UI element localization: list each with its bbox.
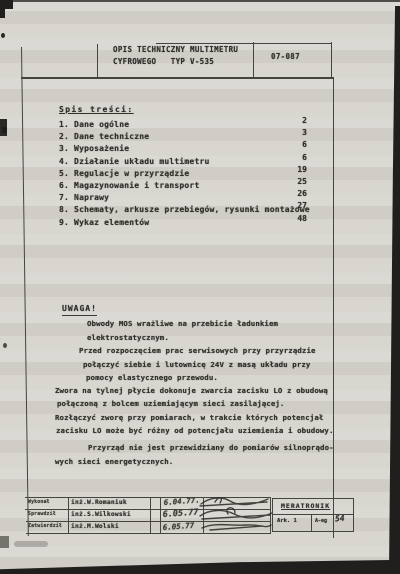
scan-artifact — [14, 541, 48, 547]
signature-scribbles — [198, 495, 274, 537]
header-divider-right — [253, 42, 254, 78]
approval-name: inż.S.Wilkowski — [71, 512, 131, 518]
scan-artifact — [0, 536, 9, 548]
toc-page-number: 6 — [291, 153, 307, 162]
header-divider-left — [97, 44, 98, 78]
toc-item: 3. Wyposażenie 6 — [59, 145, 307, 156]
company-box: MERATRONIK Ark. 1 A-eg 54 — [272, 498, 354, 532]
toc-item: 9. Wykaz elementów 48 — [59, 219, 307, 230]
header-rule-bottom — [21, 77, 334, 79]
toc-page-number: 26 — [291, 189, 307, 198]
approval-table-divider — [150, 497, 151, 534]
body-line: Zwora na tylnej płycie dokonuje zwarcia … — [55, 387, 328, 394]
approval-table-divider — [68, 497, 69, 534]
warning-line: połączyć siebie i lutownicę 24V z masą u… — [83, 361, 310, 368]
body-line: Rozłączyć zworę przy pomiarach, w trakci… — [55, 414, 323, 421]
approval-role: Wykonał — [28, 501, 50, 506]
scanned-page: OPIS TECHNICZNY MULTIMETRU CYFROWEGO TYP… — [0, 0, 400, 574]
approval-role: Sprawdził — [28, 513, 56, 518]
warning-line: elektrostatycznym. — [87, 334, 169, 341]
signature-scribble — [200, 498, 268, 506]
scan-corner-mark — [0, 0, 5, 18]
body-line: połączoną z bolcem uziemiającym sieci za… — [57, 400, 284, 407]
toc-item-label: 4. Działanie układu multimetru — [59, 158, 210, 166]
toc-heading: Spis treści: — [59, 106, 134, 114]
body-line: Przyrząd nie jest przewidziany do pomiar… — [88, 444, 334, 451]
toc-page-number: 48 — [291, 214, 307, 223]
toc-item: 6. Magazynowanie i transport 25 — [59, 182, 307, 193]
approval-date-handwritten: 6.04.77. — [163, 496, 200, 506]
page-right-border — [333, 78, 334, 538]
approval-role: Zatwierdził — [28, 525, 62, 530]
approval-name: inż.M.Wolski — [71, 524, 119, 530]
scan-edge-right — [389, 6, 400, 574]
sheet-number: Ark. 1 — [277, 519, 297, 525]
toc-page-number: 19 — [291, 165, 307, 174]
toc-page-number: 2 — [291, 116, 307, 125]
toc-page-number: 6 — [291, 140, 307, 149]
warning-heading: UWAGA! — [62, 305, 97, 316]
toc-item-label: 5. Regulacje w przyrządzie — [59, 170, 189, 178]
toc-page-number: 25 — [291, 177, 307, 186]
toc-item-label: 9. Wykaz elementów — [59, 219, 149, 227]
approval-date-handwritten: 6.05.77 — [162, 522, 194, 532]
doc-title-line2: CYFROWEGO TYP V-535 — [113, 58, 214, 66]
company-name: MERATRONIK — [281, 503, 330, 510]
toc-item: 1. Dane ogólne 2 — [59, 121, 307, 132]
scan-banding — [0, 0, 400, 574]
warning-line: Przed rozpoczęciem prac serwisowych przy… — [79, 347, 316, 354]
header-right-border — [331, 42, 332, 78]
toc-item: 7. Naprawy 26 — [59, 194, 307, 205]
scan-artifact — [2, 127, 7, 133]
body-line: wych sieci energetycznych. — [55, 458, 173, 465]
toc-item: 8. Schematy, arkusze przebiegów, rysunki… — [59, 206, 307, 217]
toc-item-label: 1. Dane ogólne — [59, 121, 129, 129]
copy-label: A-eg — [315, 519, 327, 524]
body-line: zacisku LO może być różny od potencjału … — [56, 427, 334, 434]
scan-artifact — [1, 33, 5, 38]
approval-table-divider — [160, 497, 161, 534]
doc-number: 07-087 — [271, 53, 300, 61]
scan-edge-top — [0, 0, 400, 2]
doc-title-line1: OPIS TECHNICZNY MULTIMETRU — [113, 46, 238, 54]
toc-item-label: 8. Schematy, arkusze przebiegów, rysunki… — [59, 206, 310, 214]
copy-number-handwritten: 54 — [335, 515, 345, 524]
toc-item-label: 7. Naprawy — [59, 194, 109, 202]
toc-item-label: 2. Dane techniczne — [59, 133, 149, 141]
header-rule-top — [156, 43, 332, 44]
toc-page-number: 3 — [291, 128, 307, 137]
page-left-border — [21, 47, 29, 536]
toc-item: 2. Dane techniczne 3 — [59, 133, 307, 144]
warning-line: pomocy elastycznego przewodu. — [86, 374, 218, 381]
approval-date-handwritten: 6.05.77 — [162, 509, 198, 520]
approval-name: inż.W.Romaniuk — [71, 500, 127, 506]
warning-line: Obwody MOS wrażliwe na przebicie ładunki… — [87, 320, 278, 327]
toc-item: 5. Regulacje w przyrządzie 19 — [59, 170, 307, 181]
toc-item: 4. Działanie układu multimetru 6 — [59, 158, 307, 169]
signature-scribble — [200, 508, 272, 519]
toc-page-number: 27 — [291, 201, 307, 210]
signature-scribble — [202, 525, 271, 530]
toc-item-label: 3. Wyposażenie — [59, 145, 129, 153]
scan-artifact — [3, 343, 7, 348]
company-box-divider — [311, 514, 312, 531]
scan-edge-bottom — [0, 558, 400, 574]
toc-item-label: 6. Magazynowanie i transport — [59, 182, 199, 190]
